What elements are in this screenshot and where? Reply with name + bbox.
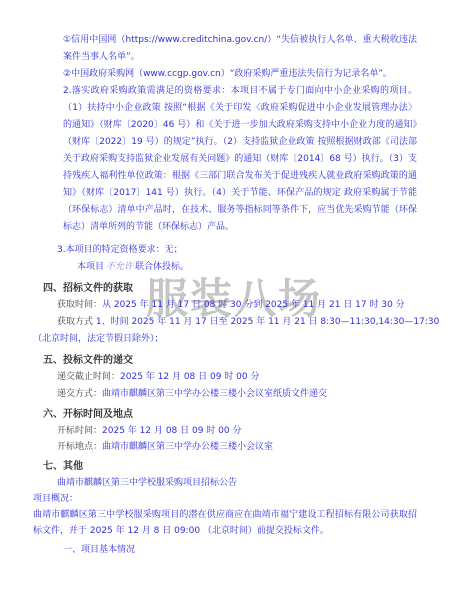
submit-method-label: 递交方式： [57,389,102,399]
credit-list-item-2: ②中国政府采购网（www.ccgp.gov.cn）“政府采购严重违法失信行为记录… [63,66,417,83]
project-overview-paragraph: 曲靖市麒麟区第三中学校服采购项目的潜在供应商应在曲靖市福宁建设工程招标有限公司获… [33,507,417,539]
project-overview-label: 项目概况： [33,491,450,507]
section-other-title: 七、其他 [43,459,450,475]
document-page: 服装八场 ①信用中国网（https://www.creditchina.gov.… [0,0,450,600]
section-obtain: 四、招标文件的获取 获取时间：从 2025 年 11 月 17 日 08 时 3… [0,280,450,348]
submit-method-value: 曲靖市麒麟区第三中学办公楼三楼小会议室纸质文件递交 [102,389,327,399]
section-obtain-title: 四、招标文件的获取 [43,280,450,297]
submit-deadline-label: 递交截止时间： [57,372,120,382]
policy-paragraph: 2.落实政府采购政策需满足的资格要求：本项目不属于专门面向中小企业采购的项目。（… [63,83,417,236]
consortium-emphasis: 不允许 [104,262,135,272]
section-opening-title: 六、开标时间及地点 [43,407,450,423]
submit-deadline-line: 递交截止时间：2025 年 12 月 08 日 09 时 00 分 [57,369,450,386]
credit-list-item-1: ①信用中国网（https://www.creditchina.gov.cn/）“… [63,32,417,66]
submit-method-line: 递交方式：曲靖市麒麟区第三中学办公楼三楼小会议室纸质文件递交 [57,386,450,403]
opening-place-label: 开标地点： [57,442,102,452]
opening-place-value: 曲靖市麒麟区第三中学办公楼三楼小会议室 [102,442,273,452]
submit-deadline-value: 2025 年 12 月 08 日 09 时 00 分 [120,372,259,382]
obtain-time-label: 获取时间： [57,300,102,310]
consortium-prefix: 本项目 [77,262,104,272]
obtain-time-value: 从 2025 年 11 月 17 日 08 时 30 分到 2025 年 11 … [102,300,405,310]
obtain-method-value: 1、时间 2025 年 11 月 17 日至 2025 年 11 月 21 日 … [96,317,439,327]
obtain-method-wrap-line: （北京时间，法定节假日除外）； [33,331,450,348]
opening-time-line: 开标时间：2025 年 12 月 08 日 09 时 00 分 [57,423,450,439]
announcement-title-line: 曲靖市麒麟区第三中学校服采购项目招标公告 [57,475,450,491]
section-opening: 六、开标时间及地点 开标时间：2025 年 12 月 08 日 09 时 00 … [0,407,450,455]
consortium-line: 本项目不允许联合体投标。 [77,259,450,276]
obtain-method-line: 获取方式 1、时间 2025 年 11 月 17 日至 2025 年 11 月 … [57,314,450,331]
section-other: 七、其他 曲靖市麒麟区第三中学校服采购项目招标公告 项目概况： 曲靖市麒麟区第三… [0,459,450,558]
obtain-method-label: 获取方式 [57,317,93,327]
section-submit-title: 五、投标文件的递交 [43,352,450,369]
opening-time-value: 2025 年 12 月 08 日 09 时 00 分 [102,426,241,436]
specific-requirement-line: 3.本项目的特定资格要求：无； [57,242,450,259]
basic-info-heading: 一、项目基本情况 [63,542,450,558]
obtain-time-line: 获取时间：从 2025 年 11 月 17 日 08 时 30 分到 2025 … [57,297,450,314]
section-submit: 五、投标文件的递交 递交截止时间：2025 年 12 月 08 日 09 时 0… [0,352,450,403]
opening-time-label: 开标时间： [57,426,102,436]
document-content: ①信用中国网（https://www.creditchina.gov.cn/）“… [0,0,450,558]
consortium-suffix: 联合体投标。 [135,262,189,272]
opening-place-line: 开标地点：曲靖市麒麟区第三中学办公楼三楼小会议室 [57,439,450,455]
